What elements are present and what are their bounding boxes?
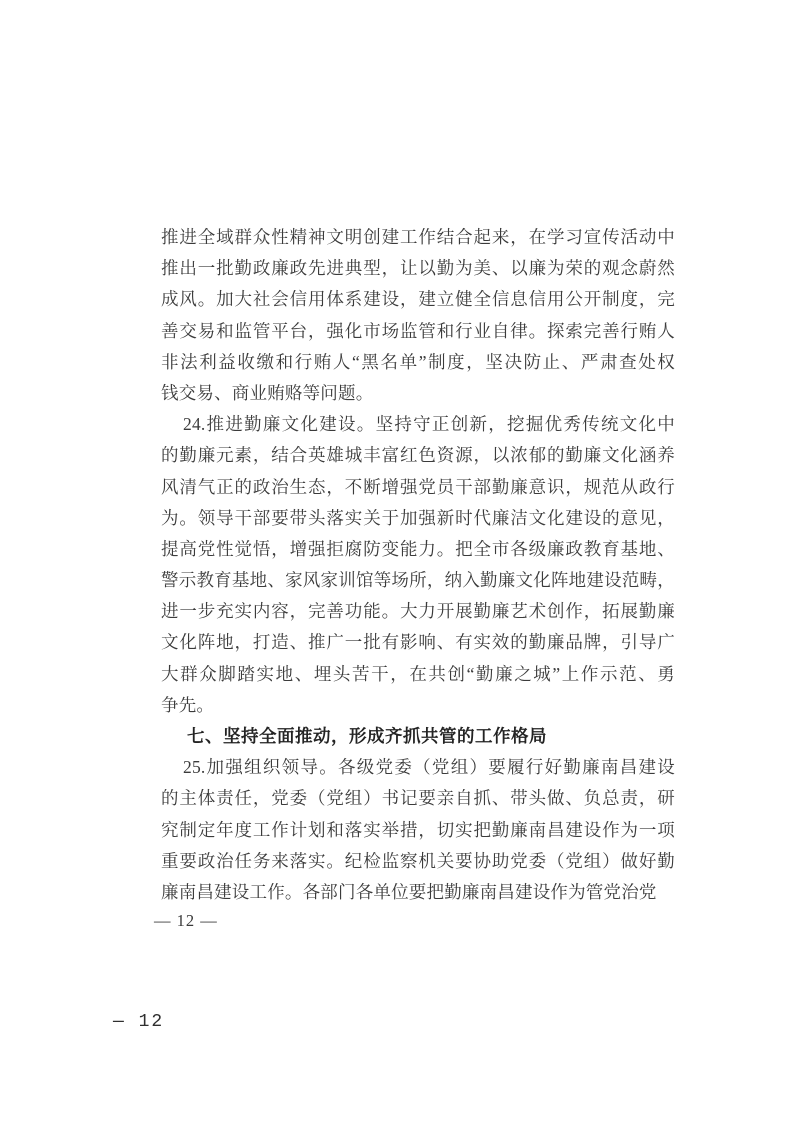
text-line: 提高党性觉悟，增强拒腐防变能力。把全市各级廉政教育基地、 xyxy=(161,534,675,565)
text-line: 25.加强组织领导。各级党委（党组）要履行好勤廉南昌建设 xyxy=(161,752,675,783)
document-page: 推进全域群众性精神文明创建工作结合起来，在学习宣传活动中推出一批勤政廉政先进典型… xyxy=(0,0,793,1122)
text-line: 成风。加大社会信用体系建设，建立健全信息信用公开制度，完 xyxy=(161,284,675,315)
text-line: 的主体责任，党委（党组）书记要亲自抓、带头做、负总责，研 xyxy=(161,783,675,814)
text-line: 非法利益收缴和行贿人“黑名单”制度，坚决防止、严肃查处权 xyxy=(161,347,675,378)
text-line: 善交易和监管平台，强化市场监管和行业自律。探索完善行贿人 xyxy=(161,316,675,347)
document-body: 推进全域群众性精神文明创建工作结合起来，在学习宣传活动中推出一批勤政廉政先进典型… xyxy=(161,222,675,908)
text-line: 警示教育基地、家风家训馆等场所，纳入勤廉文化阵地建设范畴， xyxy=(161,565,675,596)
body-paragraph: 24.推进勤廉文化建设。坚持守正创新，挖掘优秀传统文化中的勤廉元素，结合英雄城丰… xyxy=(161,409,675,721)
text-line: 争先。 xyxy=(161,690,675,721)
page-number-outer: — 12 xyxy=(113,1010,164,1034)
text-line: 为。领导干部要带头落实关于加强新时代廉洁文化建设的意见， xyxy=(161,503,675,534)
text-line: 重要政治任务来落实。纪检监察机关要协助党委（党组）做好勤 xyxy=(161,846,675,877)
text-line: 的勤廉元素，结合英雄城丰富红色资源，以浓郁的勤廉文化涵养 xyxy=(161,440,675,471)
text-line: 大群众脚踏实地、埋头苦干，在共创“勤廉之城”上作示范、勇 xyxy=(161,659,675,690)
body-paragraph: 推进全域群众性精神文明创建工作结合起来，在学习宣传活动中推出一批勤政廉政先进典型… xyxy=(161,222,675,409)
body-paragraph: 25.加强组织领导。各级党委（党组）要履行好勤廉南昌建设的主体责任，党委（党组）… xyxy=(161,752,675,908)
text-line: 推进全域群众性精神文明创建工作结合起来，在学习宣传活动中 xyxy=(161,222,675,253)
text-line: 钱交易、商业贿赂等问题。 xyxy=(161,378,675,409)
page-number-inner: — 12 — xyxy=(154,910,218,932)
text-line: 风清气正的政治生态，不断增强党员干部勤廉意识，规范从政行 xyxy=(161,472,675,503)
text-line: 七、坚持全面推动，形成齐抓共管的工作格局 xyxy=(161,721,675,752)
text-line: 廉南昌建设工作。各部门各单位要把勤廉南昌建设作为管党治党 xyxy=(161,877,675,908)
text-line: 24.推进勤廉文化建设。坚持守正创新，挖掘优秀传统文化中 xyxy=(161,409,675,440)
text-line: 文化阵地，打造、推广一批有影响、有实效的勤廉品牌，引导广 xyxy=(161,627,675,658)
text-line: 推出一批勤政廉政先进典型，让以勤为美、以廉为荣的观念蔚然 xyxy=(161,253,675,284)
text-line: 究制定年度工作计划和落实举措，切实把勤廉南昌建设作为一项 xyxy=(161,815,675,846)
text-line: 进一步充实内容，完善功能。大力开展勤廉艺术创作，拓展勤廉 xyxy=(161,596,675,627)
section-heading: 七、坚持全面推动，形成齐抓共管的工作格局 xyxy=(161,721,675,752)
